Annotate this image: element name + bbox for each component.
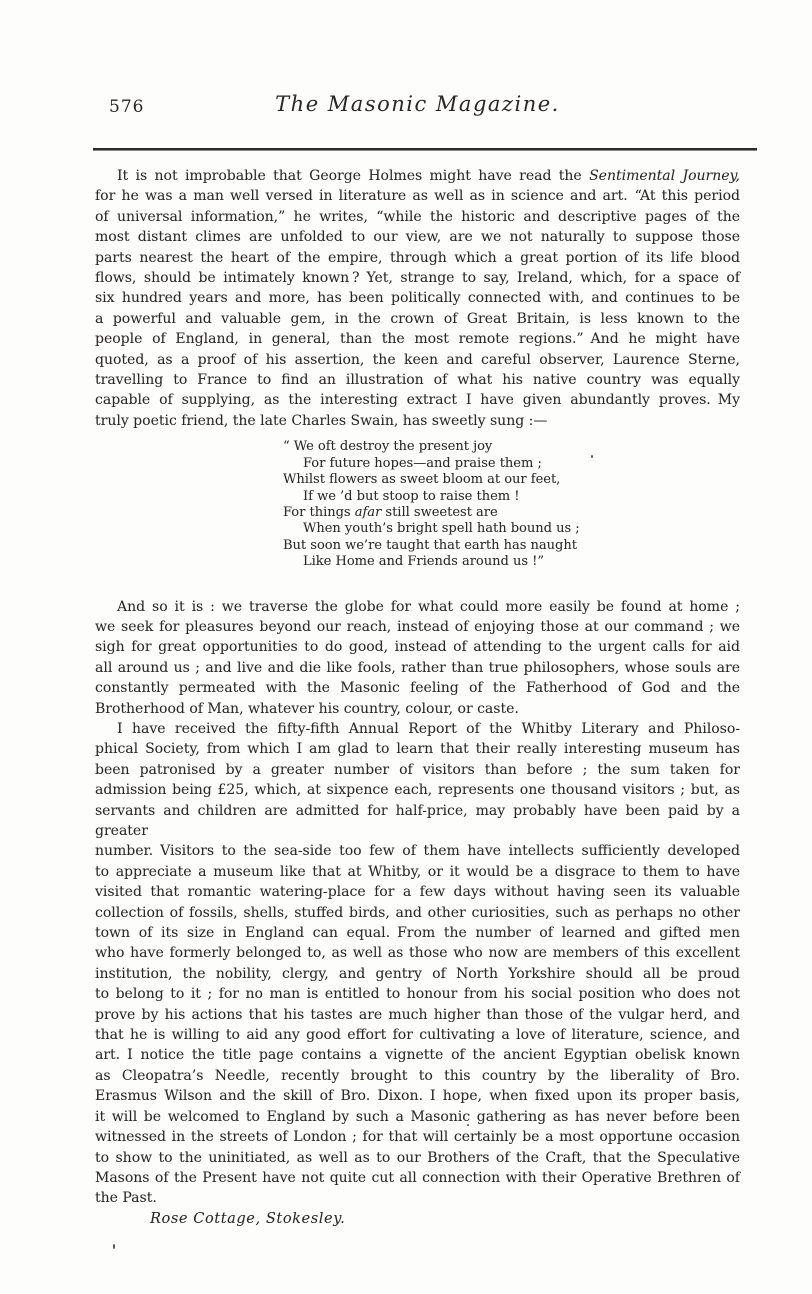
poem-line: When youth’s bright spell hath bound us … <box>283 521 740 537</box>
signature: Rose Cottage, Stokesley. <box>150 1209 740 1229</box>
poem-line: For future hopes—and praise them ; <box>283 456 740 472</box>
text-line: to show to the uninitiated, as well as t… <box>95 1148 740 1168</box>
text-line: truly poetic friend, the late Charles Sw… <box>95 411 740 431</box>
scan-speck <box>591 455 593 458</box>
text-line: flows, should be intimately known ? Yet,… <box>95 268 740 288</box>
text-line: parts nearest the heart of the empire, t… <box>95 248 740 268</box>
text-line: travelling to France to find an illustra… <box>95 370 740 390</box>
poem: “ We oft destroy the present joyFor futu… <box>283 439 740 570</box>
signature-line: Rose Cottage, Stokesley. <box>150 1209 740 1229</box>
text-line: Erasmus Wilson and the skill of Bro. Dix… <box>95 1086 740 1106</box>
text-line: six hundred years and more, has been pol… <box>95 288 740 308</box>
text-line: as Cleopatra’s Needle, recently brought … <box>95 1066 740 1086</box>
paragraph: I have received the fifty-fifth Annual R… <box>95 719 740 1209</box>
scan-speck <box>113 1244 115 1249</box>
text-line: we seek for pleasures beyond our reach, … <box>95 617 740 637</box>
text-line: the Past. <box>95 1188 740 1208</box>
text-line: Masons of the Present have not quite cut… <box>95 1168 740 1188</box>
text-line: witnessed in the streets of London ; for… <box>95 1127 740 1147</box>
text-line: institution, the nobility, clergy, and g… <box>95 964 740 984</box>
text-line: it will be welcomed to England by such a… <box>95 1107 740 1127</box>
text-line: constantly permeated with the Masonic fe… <box>95 678 740 698</box>
paragraph: It is not improbable that George Holmes … <box>95 166 740 431</box>
document-page: 576 The Masonic Magazine. It is not impr… <box>0 0 812 1294</box>
text-line: sigh for great opportunities to do good,… <box>95 637 740 657</box>
text-line: that he is willing to aid any good effor… <box>95 1025 740 1045</box>
text-line: art. I notice the title page contains a … <box>95 1045 740 1065</box>
text-line: I have received the fifty-fifth Annual R… <box>95 719 740 739</box>
text-line: capable of supplying, as the interesting… <box>95 390 740 410</box>
text-line: phical Society, from which I am glad to … <box>95 739 740 759</box>
text-line: And so it is : we traverse the globe for… <box>95 597 740 617</box>
header-rule <box>93 148 757 151</box>
page-header: 576 The Masonic Magazine. <box>95 92 740 124</box>
text-line: number. Visitors to the sea-side too few… <box>95 841 740 861</box>
text-line: been patronised by a greater number of v… <box>95 760 740 780</box>
text-line: a powerful and valuable gem, in the crow… <box>95 309 740 329</box>
scan-speck <box>467 1124 469 1126</box>
text-line: admission being £25, which, at sixpence … <box>95 780 740 800</box>
poem-line: “ We oft destroy the present joy <box>283 439 740 455</box>
text-line: to belong to it ; for no man is entitled… <box>95 984 740 1004</box>
text-line: to appreciate a museum like that at Whit… <box>95 862 740 882</box>
poem-line: Whilst flowers as sweet bloom at our fee… <box>283 472 740 488</box>
text-line: of universal information,” he writes, “w… <box>95 207 740 227</box>
text-line: who have formerly belonged to, as well a… <box>95 943 740 963</box>
text-line: most distant climes are unfolded to our … <box>95 227 740 247</box>
text-line: all around us ; and live and die like fo… <box>95 658 740 678</box>
poem-line: But soon we’re taught that earth has nau… <box>283 538 740 554</box>
text-line: Brotherhood of Man, whatever his country… <box>95 699 740 719</box>
poem-line: Like Home and Friends around us !” <box>283 554 740 570</box>
paragraph: And so it is : we traverse the globe for… <box>95 597 740 719</box>
text-line: quoted, as a proof of his assertion, the… <box>95 350 740 370</box>
text-line: It is not improbable that George Holmes … <box>95 166 740 186</box>
text-line: prove by his actions that his tastes are… <box>95 1005 740 1025</box>
text-line: visited that romantic watering-place for… <box>95 882 740 902</box>
text-line: servants and children are admitted for h… <box>95 801 740 842</box>
article-body: It is not improbable that George Holmes … <box>95 166 740 1229</box>
magazine-title: The Masonic Magazine. <box>95 92 740 116</box>
poem-line: For things afar still sweetest are <box>283 505 740 521</box>
poem-line: If we ’d but stoop to raise them ! <box>283 489 740 505</box>
text-line: town of its size in England can equal. F… <box>95 923 740 943</box>
text-line: people of England, in general, than the … <box>95 329 740 349</box>
text-line: for he was a man well versed in literatu… <box>95 186 740 206</box>
text-line: collection of fossils, shells, stuffed b… <box>95 903 740 923</box>
